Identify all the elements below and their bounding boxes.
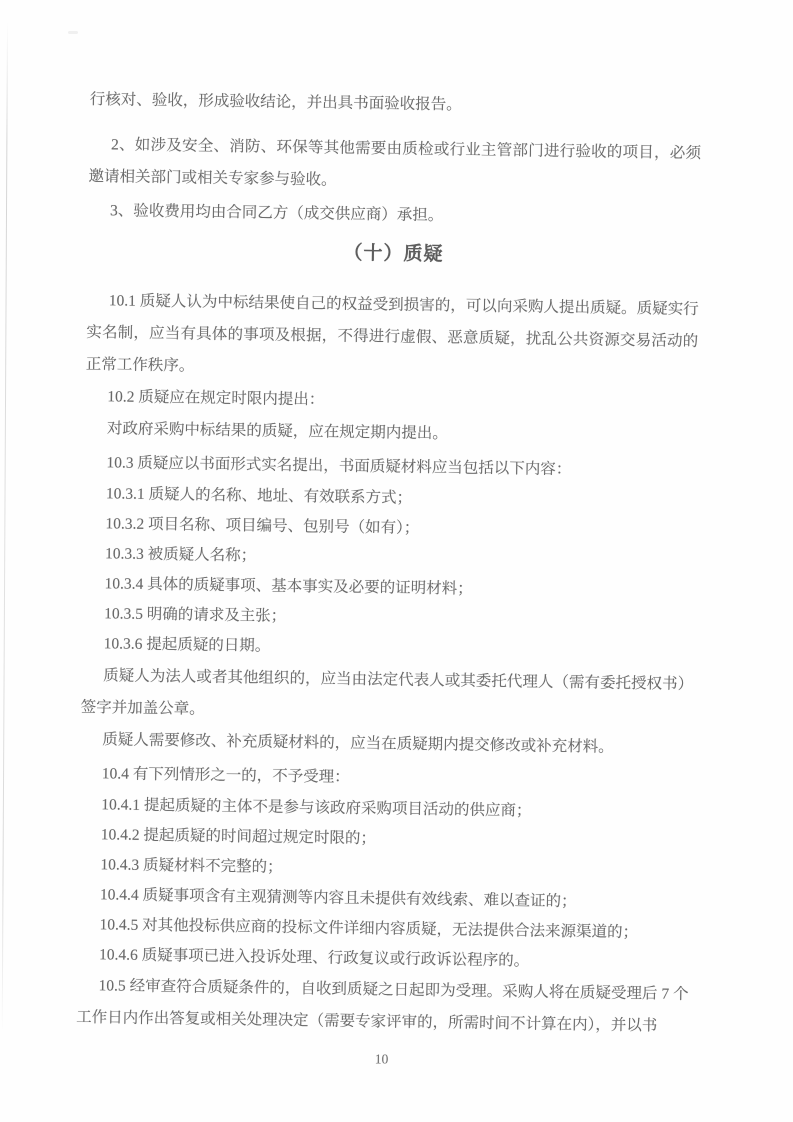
- clause-10-1: 10.1 质疑人认为中标结果使自己的权益受到损害的，可以向采购人提出质疑。质疑实…: [86, 285, 699, 390]
- section-heading-query: （十）质疑: [87, 234, 699, 275]
- paragraph-acceptance-item-3: 3、验收费用均由合同乙方（成交供应商）承担。: [88, 195, 700, 236]
- scanned-document-page: 行核对、验收，形成验收结论，并出具书面验收报告。 2、如涉及安全、消防、环保等其…: [0, 0, 793, 1122]
- scan-fold-line: [2, 22, 8, 1034]
- paragraph-acceptance-item-2: 2、如涉及安全、消防、环保等其他需要由质检或行业主管部门进行验收的项目，必须邀请…: [88, 129, 701, 202]
- page-content: 行核对、验收，形成验收结论，并出具书面验收报告。 2、如涉及安全、消防、环保等其…: [75, 84, 701, 1074]
- scan-smudge: [68, 31, 78, 34]
- page-number: 10: [75, 1045, 687, 1074]
- paragraph-acceptance-continuation: 行核对、验收，形成验收结论，并出具书面验收报告。: [90, 84, 702, 125]
- clause-10-3-legal-person: 质疑人为法人或者其他组织的，应当由法定代表人或其委托代理人（需有委托授权书）签字…: [81, 660, 694, 733]
- clause-10-5: 10.5 经审查符合质疑条件的，自收到质疑之日起即为受理。采购人将在质疑受理后 …: [76, 970, 689, 1043]
